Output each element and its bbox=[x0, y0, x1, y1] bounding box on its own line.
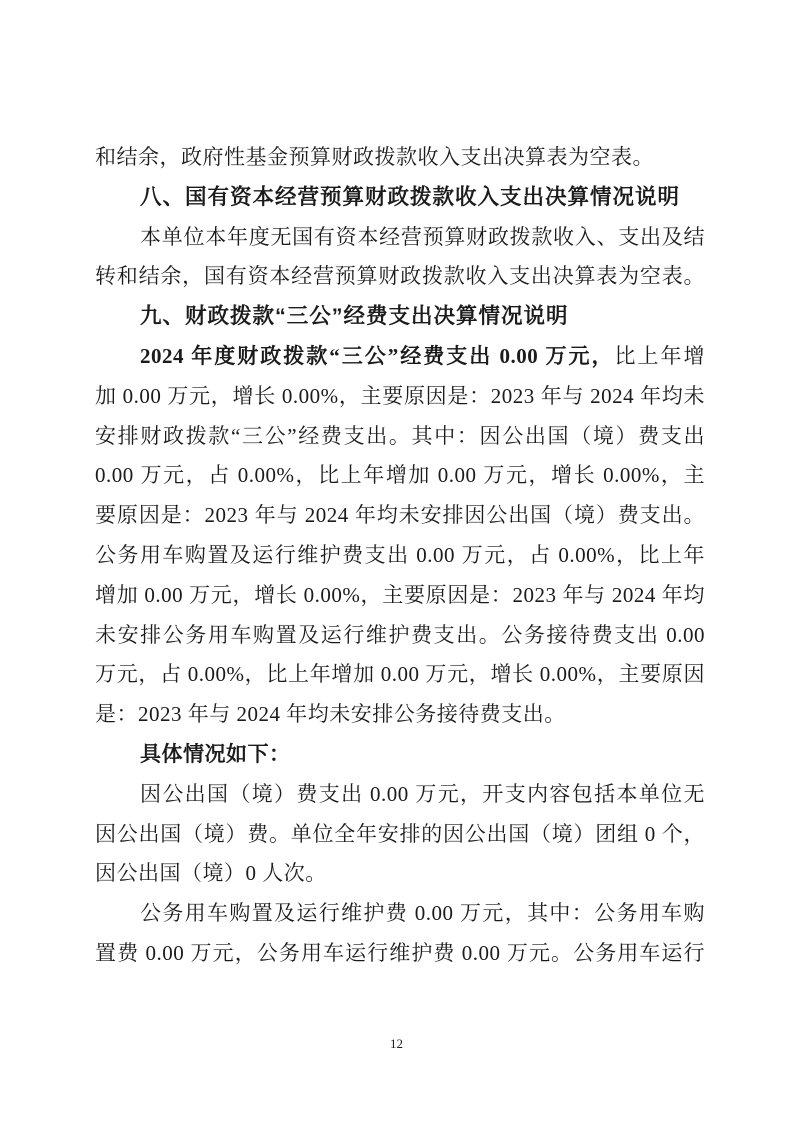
text-run: 未安排公务用车购置及运行维护费支出。公务接待费支出 0.00 bbox=[95, 623, 705, 647]
text-run: 和结余，政府性基金预算财政拨款收入支出决算表为空表。 bbox=[95, 145, 654, 169]
text-run: 本单位本年度无国有资本经营预算财政拨款收入、支出及结 bbox=[140, 225, 705, 249]
bold-text-run: 2024 年度财政拨款“三公”经费支出 0.00 万元， bbox=[140, 344, 615, 368]
text-line: 增加 0.00 万元，增长 0.00%，主要原因是：2023 年与 2024 年… bbox=[95, 576, 705, 616]
text-run: 是：2023 年与 2024 年均未安排公务接待费支出。 bbox=[95, 702, 566, 726]
section-heading: 八、国有资本经营预算财政拨款收入支出决算情况说明 bbox=[95, 178, 705, 218]
bold-text-run: 九、财政拨款“三公”经费支出决算情况说明 bbox=[140, 304, 569, 328]
text-run: 因公出国（境）0 人次。 bbox=[95, 861, 327, 885]
document-page: 和结余，政府性基金预算财政拨款收入支出决算表为空表。八、国有资本经营预算财政拨款… bbox=[0, 0, 793, 1122]
text-run: 0.00 万元，占 0.00%，比上年增加 0.00 万元，增长 0.00%，主 bbox=[95, 463, 705, 487]
text-line: 因公出国（境）费支出 0.00 万元，开支内容包括本单位无 bbox=[95, 775, 705, 815]
text-line: 因公出国（境）0 人次。 bbox=[95, 854, 705, 894]
page-content: 和结余，政府性基金预算财政拨款收入支出决算表为空表。八、国有资本经营预算财政拨款… bbox=[95, 138, 705, 974]
text-line: 未安排公务用车购置及运行维护费支出。公务接待费支出 0.00 bbox=[95, 616, 705, 656]
text-run: 置费 0.00 万元，公务用车运行维护费 0.00 万元。公务用车运行 bbox=[95, 941, 705, 965]
text-line: 转和结余，国有资本经营预算财政拨款收入支出决算表为空表。 bbox=[95, 257, 705, 297]
text-line: 是：2023 年与 2024 年均未安排公务接待费支出。 bbox=[95, 695, 705, 735]
text-line: 0.00 万元，占 0.00%，比上年增加 0.00 万元，增长 0.00%，主 bbox=[95, 456, 705, 496]
text-run: 万元，占 0.00%，比上年增加 0.00 万元，增长 0.00%，主要原因 bbox=[95, 662, 705, 686]
text-line: 本单位本年度无国有资本经营预算财政拨款收入、支出及结 bbox=[95, 218, 705, 258]
text-line: 因公出国（境）费。单位全年安排的因公出国（境）团组 0 个， bbox=[95, 815, 705, 855]
text-line: 加 0.00 万元，增长 0.00%，主要原因是：2023 年与 2024 年均… bbox=[95, 377, 705, 417]
text-run: 因公出国（境）费支出 0.00 万元，开支内容包括本单位无 bbox=[140, 782, 705, 806]
bold-text-run: 八、国有资本经营预算财政拨款收入支出决算情况说明 bbox=[140, 185, 680, 209]
text-run: 比上年增 bbox=[615, 344, 706, 368]
bold-text-run: 具体情况如下： bbox=[140, 742, 291, 766]
page-number: 12 bbox=[0, 1036, 793, 1052]
text-run: 增加 0.00 万元，增长 0.00%，主要原因是：2023 年与 2024 年… bbox=[95, 583, 705, 607]
text-line: 和结余，政府性基金预算财政拨款收入支出决算表为空表。 bbox=[95, 138, 705, 178]
text-run: 安排财政拨款“三公”经费支出。其中：因公出国（境）费支出 bbox=[95, 424, 705, 448]
text-line: 具体情况如下： bbox=[95, 735, 705, 775]
text-line: 公务用车购置及运行维护费支出 0.00 万元，占 0.00%，比上年 bbox=[95, 536, 705, 576]
text-run: 转和结余，国有资本经营预算财政拨款收入支出决算表为空表。 bbox=[95, 264, 705, 288]
text-line: 万元，占 0.00%，比上年增加 0.00 万元，增长 0.00%，主要原因 bbox=[95, 655, 705, 695]
text-line: 2024 年度财政拨款“三公”经费支出 0.00 万元，比上年增 bbox=[95, 337, 705, 377]
text-line: 要原因是：2023 年与 2024 年均未安排因公出国（境）费支出。 bbox=[95, 496, 705, 536]
section-heading: 九、财政拨款“三公”经费支出决算情况说明 bbox=[95, 297, 705, 337]
text-run: 公务用车购置及运行维护费支出 0.00 万元，占 0.00%，比上年 bbox=[95, 543, 705, 567]
text-run: 加 0.00 万元，增长 0.00%，主要原因是：2023 年与 2024 年均… bbox=[95, 384, 705, 408]
text-run: 因公出国（境）费。单位全年安排的因公出国（境）团组 0 个， bbox=[95, 822, 705, 846]
text-run: 要原因是：2023 年与 2024 年均未安排因公出国（境）费支出。 bbox=[95, 503, 705, 527]
text-line: 置费 0.00 万元，公务用车运行维护费 0.00 万元。公务用车运行 bbox=[95, 934, 705, 974]
text-line: 安排财政拨款“三公”经费支出。其中：因公出国（境）费支出 bbox=[95, 417, 705, 457]
text-run: 公务用车购置及运行维护费 0.00 万元，其中：公务用车购 bbox=[140, 901, 705, 925]
text-line: 公务用车购置及运行维护费 0.00 万元，其中：公务用车购 bbox=[95, 894, 705, 934]
